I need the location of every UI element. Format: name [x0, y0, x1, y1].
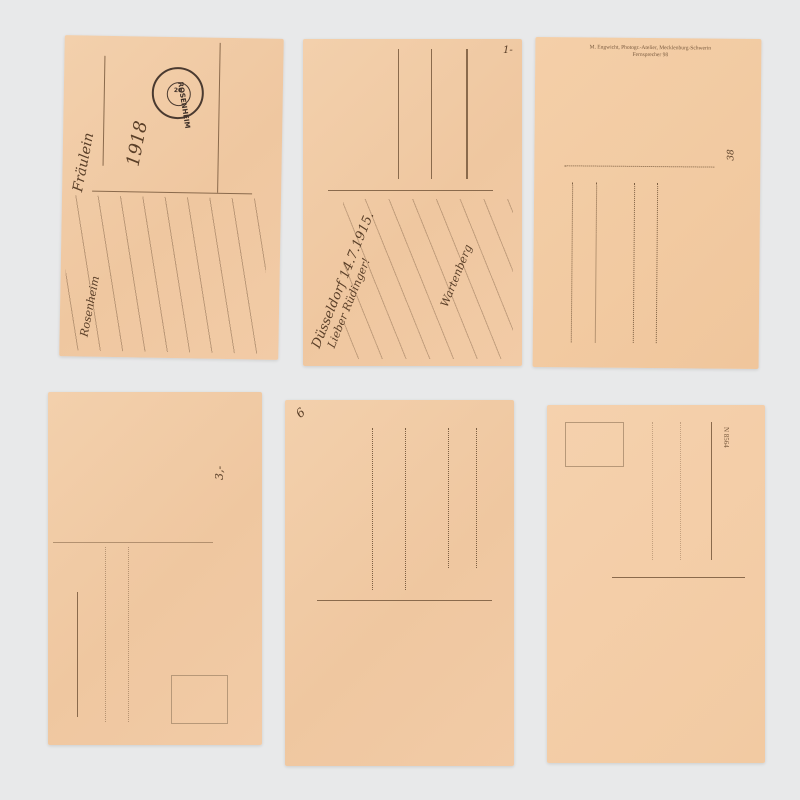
- divider-horizontal: [317, 600, 492, 601]
- divider-horizontal: [564, 165, 714, 167]
- postcard-5: 6: [285, 400, 514, 766]
- handwriting-year: 1918: [123, 119, 152, 168]
- stroke: [103, 56, 106, 166]
- divider-horizontal: [612, 577, 745, 578]
- address-line: [105, 547, 106, 722]
- address-line: [128, 547, 129, 722]
- address-line: [476, 428, 477, 568]
- address-line: [77, 592, 78, 717]
- postcard-6: N 8564: [547, 405, 765, 763]
- divider-vertical: [217, 43, 221, 193]
- address-line: [431, 49, 432, 179]
- address-line: [405, 428, 406, 590]
- postcard-3: M. Engwicht, Photogr.-Atelier, Mecklenbu…: [533, 37, 762, 369]
- address-line: [680, 422, 681, 560]
- address-line: [466, 49, 468, 179]
- postcard-4: 3,-: [48, 392, 262, 745]
- address-line: [398, 49, 399, 179]
- address-line: [595, 183, 597, 343]
- price-mark: 3,-: [213, 466, 226, 480]
- postmark-stamp: ROSENHEIM 20: [151, 67, 204, 120]
- handwriting-body: [343, 199, 513, 359]
- publisher-line-2: Fernsprecher 98: [555, 51, 745, 60]
- divider-horizontal: [328, 190, 493, 191]
- address-line: [448, 428, 449, 568]
- corner-mark: 38: [726, 149, 736, 161]
- address-line: [656, 183, 658, 343]
- address-line: [571, 182, 573, 342]
- address-line: [711, 422, 712, 560]
- divider-horizontal: [53, 542, 213, 543]
- postmark-date: 20: [174, 87, 182, 94]
- stamp-box: [565, 422, 624, 467]
- address-line: [372, 428, 373, 590]
- handwriting-body: [64, 195, 267, 353]
- corner-mark: 6: [293, 405, 308, 421]
- stamp-box: [171, 675, 228, 724]
- handwriting-addressee: Fräulein: [70, 131, 97, 193]
- postcard-2: 1- Düsseldorf 14.7.1915. Lieber Rüdinger…: [303, 39, 522, 366]
- address-line: [652, 422, 653, 560]
- corner-mark: 1-: [503, 45, 513, 56]
- divider-horizontal: [92, 191, 252, 195]
- serial-number: N 8564: [722, 427, 729, 448]
- address-line: [633, 183, 635, 343]
- postcard-1: ROSENHEIM 20 1918 Fräulein Rosenheim: [59, 35, 284, 360]
